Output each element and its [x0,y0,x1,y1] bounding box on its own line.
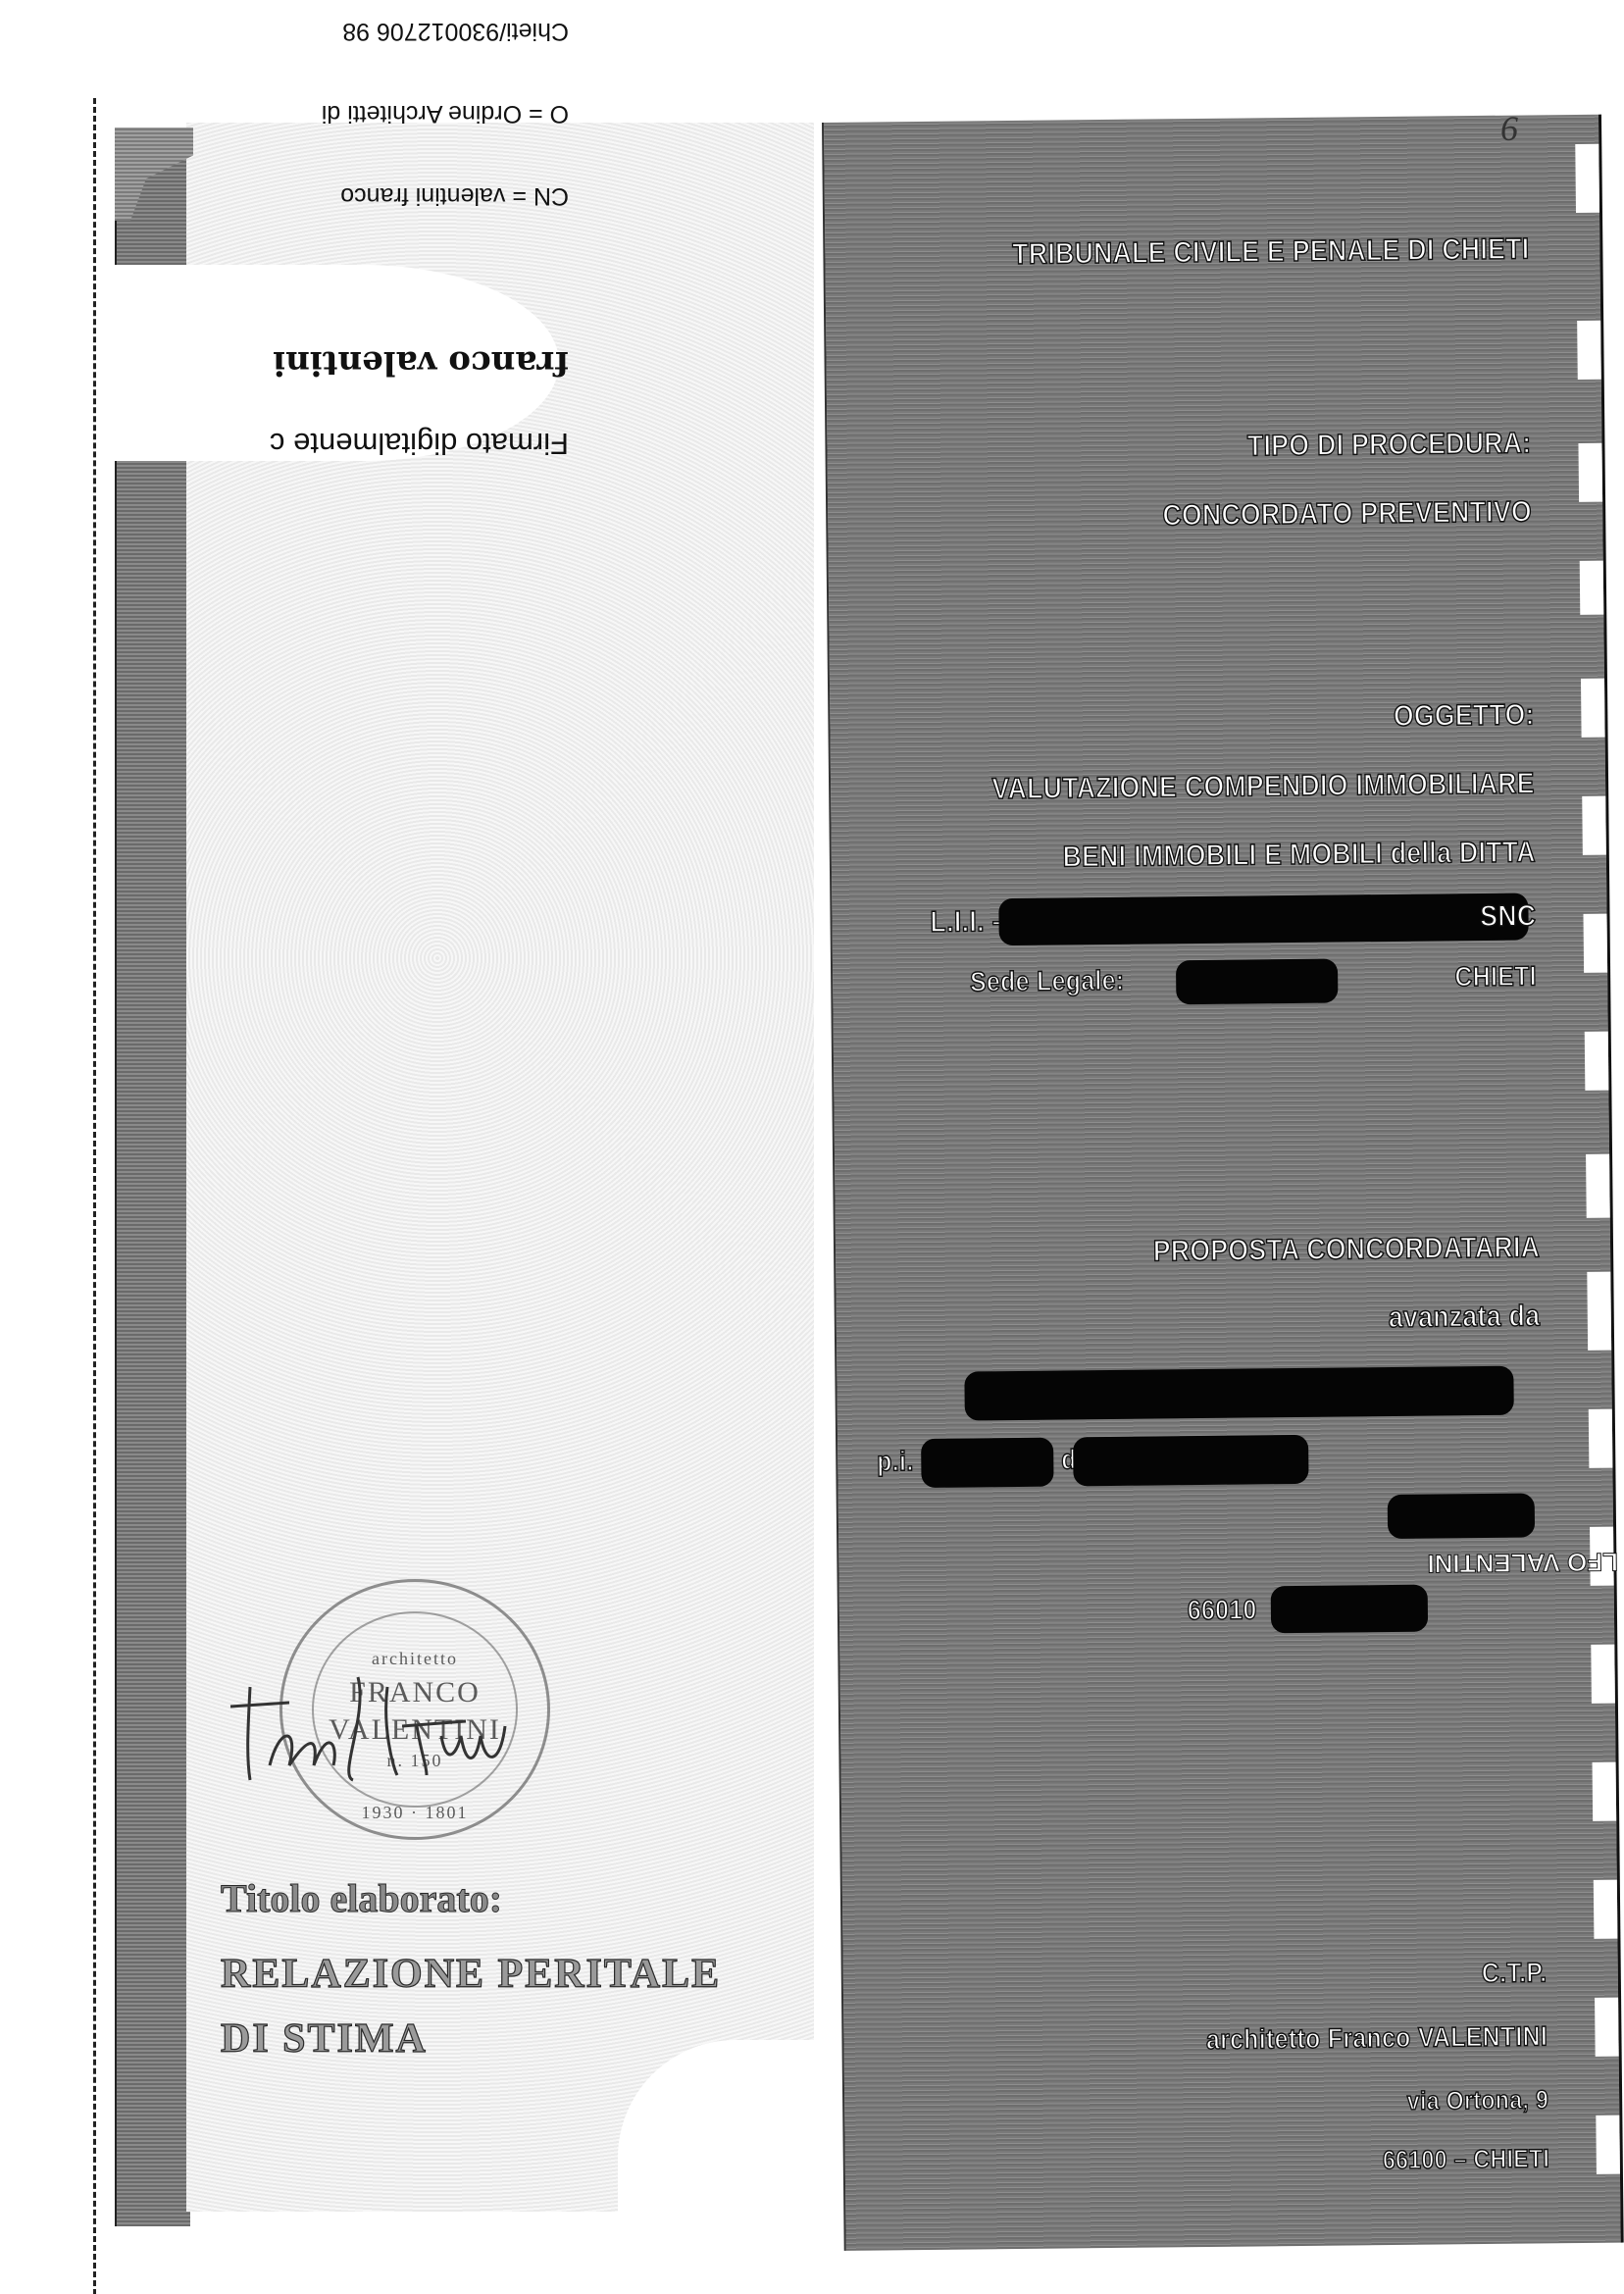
scan-notch [1595,1998,1619,2057]
subject-line: VALUTAZIONE COMPENDIO IMMOBILIARE [992,767,1536,806]
postal-code: 66010 [1188,1594,1257,1626]
punch-margin-line [93,98,96,2294]
scan-notch [1587,1272,1611,1351]
document-title-label: Titolo elaborato: [221,1875,502,1921]
seat-label: Sede Legale: [970,965,1125,998]
document-title: RELAZIONE PERITALE DI STIMA [221,1942,721,2071]
procedure-label: TIPO DI PROCEDURA: [1247,427,1532,463]
signer-name: franco valentini [273,343,569,382]
cert-line: O = Ordine Architetti di [322,100,569,127]
signature-label: Firmato digitalmente c [270,426,569,461]
bleed-through-text: LFO VALENTINI [1427,1547,1618,1579]
redaction-bar [1388,1493,1535,1539]
seal-line: architetto [282,1649,547,1669]
scan-notch [1575,144,1599,213]
seal-line: 1930 · 1801 [282,1803,547,1823]
scan-notch [1582,796,1606,855]
seat-city: CHIETI [1455,960,1538,993]
subject-line: BENI IMMOBILI E MOBILI della DITTA [1062,836,1536,874]
ctp-city: 66100 – CHIETI [1382,2143,1549,2175]
proposal-by-label: avanzata da [1389,1300,1541,1335]
handwritten-signature-icon [221,1667,534,1785]
scan-notch [1586,1154,1610,1218]
scan-notch [1589,1409,1613,1468]
company-prefix: L.I.I. – [930,905,1007,940]
subject-label: OGGETTO: [1393,698,1534,734]
redaction-bar [1271,1585,1428,1634]
document-title-line: RELAZIONE PERITALE [221,1942,721,2007]
redaction-bar [998,893,1528,946]
proposal-label: PROPOSTA CONCORDATARIA [1152,1231,1540,1268]
ctp-name: architetto Franco VALENTINI [1206,2020,1548,2056]
scan-notch [1583,914,1607,973]
redaction-bar [964,1366,1513,1421]
redaction-bar [921,1438,1054,1488]
document-title-line: DI STIMA [221,2007,721,2071]
scan-notch [1577,321,1601,380]
certificate-details: CN = valentini franco O = Ordine Archite… [322,0,569,265]
redaction-bar [1176,959,1338,1005]
company-suffix: SNC [1480,899,1536,934]
cert-line: Chieti/930012706 98 [322,18,569,45]
court-header: TRIBUNALE CIVILE E PENALE DI CHIETI [1012,232,1530,272]
scan-notch [1591,1645,1615,1704]
scan-notch [1578,443,1602,502]
redaction-bar [1073,1435,1309,1487]
scan-notch [1580,561,1604,615]
page-number-mark: 6 [1500,108,1518,149]
ctp-label: C.T.P. [1482,1957,1548,1989]
vat-prefix: p.i. [877,1446,914,1477]
scan-notch [1585,1032,1609,1091]
procedure-value: CONCORDATO PREVENTIVO [1163,495,1533,533]
scan-notch [1594,1880,1618,1939]
ctp-address: via Ortona, 9 [1407,2084,1549,2116]
scan-notch [1596,2116,1620,2174]
digital-signature-block: Firmato digitalmente c franco valentini … [196,127,569,461]
scan-notch [1593,1762,1617,1821]
cert-line: CN = valentini franco [322,182,569,210]
cover-right-panel: TRIBUNALE CIVILE E PENALE DI CHIETI TIPO… [822,115,1624,2251]
scan-notch [1581,679,1605,738]
